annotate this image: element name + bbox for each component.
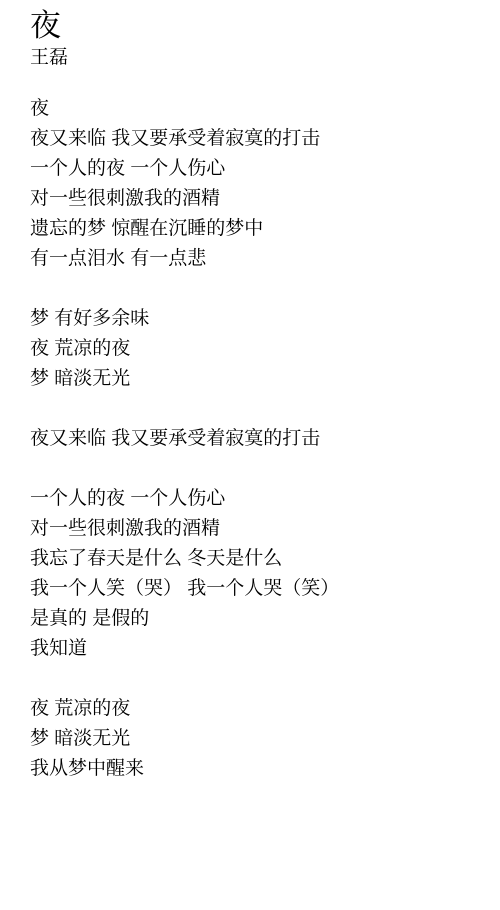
lyric-blank-line (30, 274, 480, 304)
lyric-line: 梦 有好多余味 (30, 304, 480, 334)
lyric-line: 夜 荒凉的夜 (30, 694, 480, 724)
lyric-line: 夜又来临 我又要承受着寂寞的打击 (30, 124, 480, 154)
lyric-line: 我一个人笑（哭） 我一个人哭（笑） (30, 574, 480, 604)
lyric-line: 对一些很刺激我的酒精 (30, 514, 480, 544)
lyric-line: 我知道 (30, 634, 480, 664)
lyric-blank-line (30, 394, 480, 424)
lyrics-body: 夜夜又来临 我又要承受着寂寞的打击一个人的夜 一个人伤心对一些很刺激我的酒精遗忘… (30, 94, 480, 784)
lyric-line: 对一些很刺激我的酒精 (30, 184, 480, 214)
lyric-line: 夜又来临 我又要承受着寂寞的打击 (30, 424, 480, 454)
lyric-line: 是真的 是假的 (30, 604, 480, 634)
lyric-line: 遗忘的梦 惊醒在沉睡的梦中 (30, 214, 480, 244)
lyric-blank-line (30, 454, 480, 484)
lyric-line: 梦 暗淡无光 (30, 724, 480, 754)
lyric-blank-line (30, 664, 480, 694)
lyric-line: 夜 (30, 94, 480, 124)
lyric-line: 一个人的夜 一个人伤心 (30, 484, 480, 514)
lyric-line: 我从梦中醒来 (30, 754, 480, 784)
artist-name: 王磊 (30, 46, 480, 70)
lyric-line: 有一点泪水 有一点悲 (30, 244, 480, 274)
lyric-line: 夜 荒凉的夜 (30, 334, 480, 364)
lyric-line: 梦 暗淡无光 (30, 364, 480, 394)
lyrics-page: { "page": { "title": "夜", "artist": "王磊"… (0, 0, 500, 910)
song-title: 夜 (30, 6, 480, 46)
lyric-line: 我忘了春天是什么 冬天是什么 (30, 544, 480, 574)
lyric-line: 一个人的夜 一个人伤心 (30, 154, 480, 184)
